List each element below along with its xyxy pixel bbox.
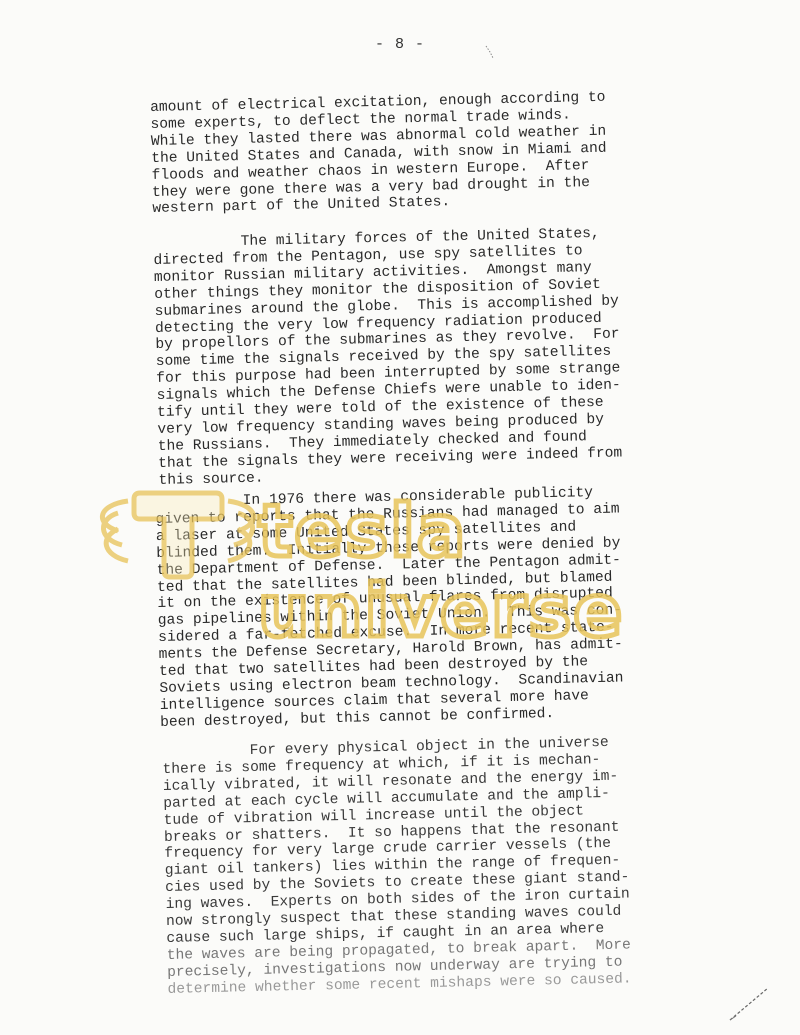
page-number: - 8 - (0, 36, 800, 53)
paragraph-3: In 1976 there was considerable publicity… (155, 483, 700, 732)
scan-speck-mark (484, 44, 498, 62)
scan-corner-mark (720, 980, 780, 1025)
paragraph-4: For every physical object in the univers… (162, 733, 708, 999)
paragraph-2: The military forces of the United States… (153, 224, 699, 490)
paragraph-1: amount of electrical excitation, enough … (150, 88, 693, 219)
